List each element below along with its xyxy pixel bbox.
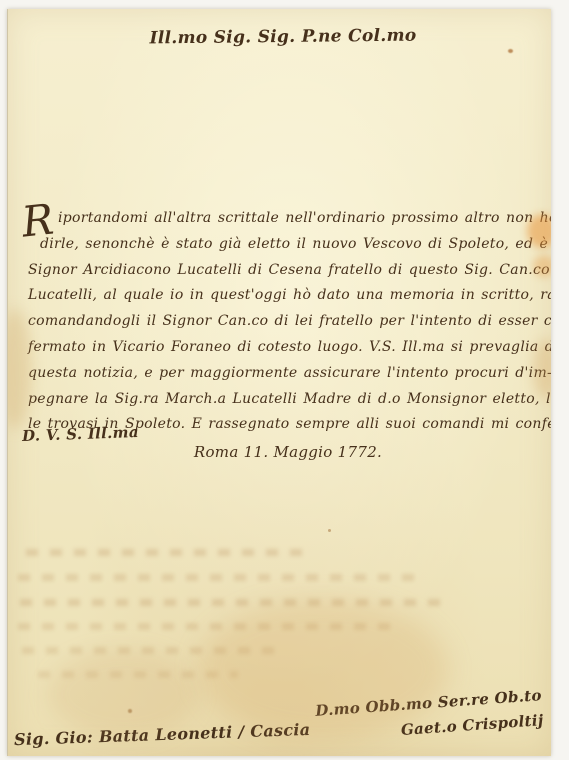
letter-paper: Ill.mo Sig. Sig. P.ne Col.mo R iportando…: [7, 9, 551, 756]
body-line: Signor Arcidiacono Lucatelli di Cesena f…: [28, 258, 545, 284]
body-line: comandandogli il Signor Can.co di lei fr…: [28, 309, 545, 335]
recipient-address-line: Sig. Gio: Batta Leonetti / Cascia: [14, 720, 311, 749]
body-line: questa notizia, e per maggiormente assic…: [28, 361, 545, 387]
ink-showthrough-line: [18, 574, 418, 581]
body-line: iportandomi all'altra scrittale nell'ord…: [28, 206, 545, 232]
body-line: dirle, senonchè è stato già eletto il nu…: [28, 232, 545, 258]
paper-speck: [328, 529, 331, 532]
paper-speck: [508, 49, 513, 53]
photo-backdrop: { "document": { "heading": "Ill.mo Sig. …: [0, 0, 569, 760]
letter-salutation: Ill.mo Sig. Sig. P.ne Col.mo: [118, 25, 448, 48]
letter-dateline: Roma 11. Maggio 1772.: [148, 443, 428, 461]
paper-speck: [128, 709, 132, 713]
ink-showthrough-line: [38, 671, 238, 678]
body-line: Lucatelli, al quale io in quest'oggi hò …: [28, 283, 545, 309]
ink-showthrough-line: [22, 647, 282, 654]
ink-showthrough-line: [26, 549, 306, 556]
letter-body: R iportandomi all'altra scrittale nell'o…: [28, 206, 545, 438]
ink-showthrough-line: [20, 599, 440, 606]
signature-block: D.mo Obb.mo Ser.re Ob.to Gaet.o Crispolt…: [315, 683, 545, 749]
drop-cap-initial: R: [20, 198, 56, 243]
letter-closing: D. V. S. Ill.ma: [22, 423, 139, 445]
body-line: pegnare la Sig.ra March.a Lucatelli Madr…: [28, 387, 545, 413]
body-line: fermato in Vicario Foraneo di cotesto lu…: [28, 335, 545, 361]
ink-showthrough-line: [18, 623, 398, 630]
